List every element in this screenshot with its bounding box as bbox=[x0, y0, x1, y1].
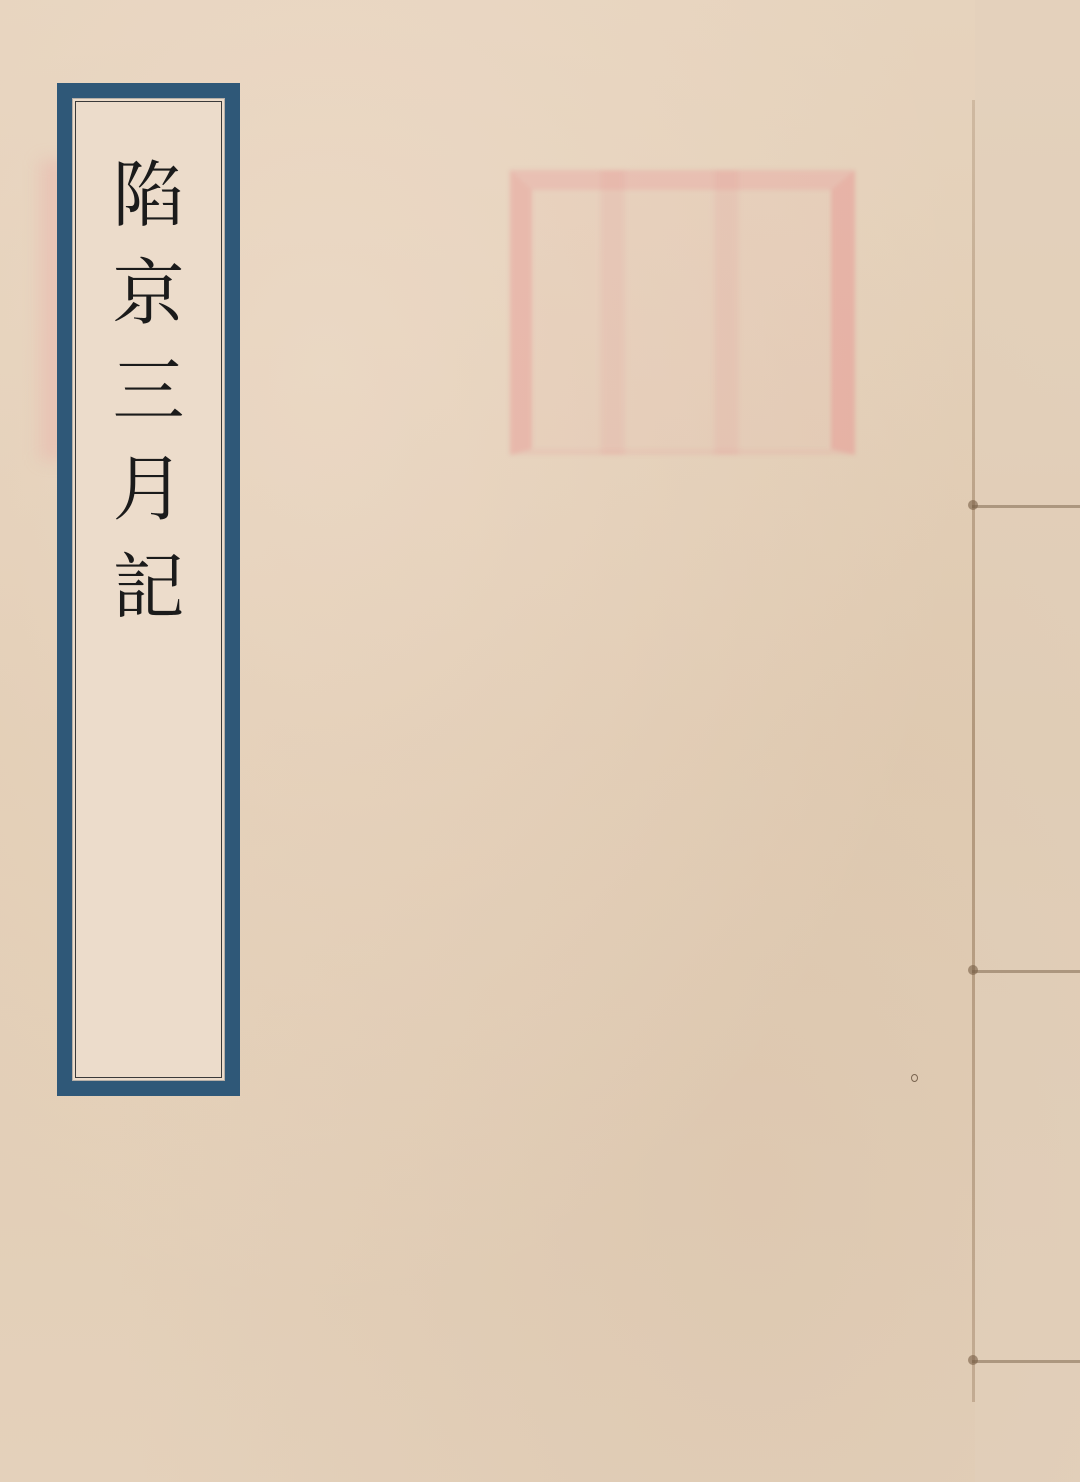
title-char-4: 月 bbox=[112, 440, 184, 538]
binding-thread-2 bbox=[972, 970, 1080, 973]
title-char-1: 陷 bbox=[112, 146, 184, 244]
spine-edge bbox=[975, 0, 1080, 1482]
paper-speck bbox=[911, 1074, 918, 1082]
title-char-5: 記 bbox=[112, 538, 184, 636]
binding-thread-1 bbox=[972, 505, 1080, 508]
book-title: 陷 京 三 月 記 bbox=[72, 146, 225, 636]
binding-knot-1 bbox=[968, 500, 978, 510]
red-seal-impression bbox=[510, 170, 855, 455]
binding-knot-2 bbox=[968, 965, 978, 975]
title-char-2: 京 bbox=[112, 244, 184, 342]
title-char-3: 三 bbox=[112, 342, 184, 440]
title-slip: 陷 京 三 月 記 bbox=[57, 83, 240, 1096]
binding-fold-line bbox=[972, 100, 975, 1402]
book-cover: 陷 京 三 月 記 bbox=[0, 0, 1080, 1482]
binding-knot-3 bbox=[968, 1355, 978, 1365]
binding-thread-3 bbox=[972, 1360, 1080, 1363]
